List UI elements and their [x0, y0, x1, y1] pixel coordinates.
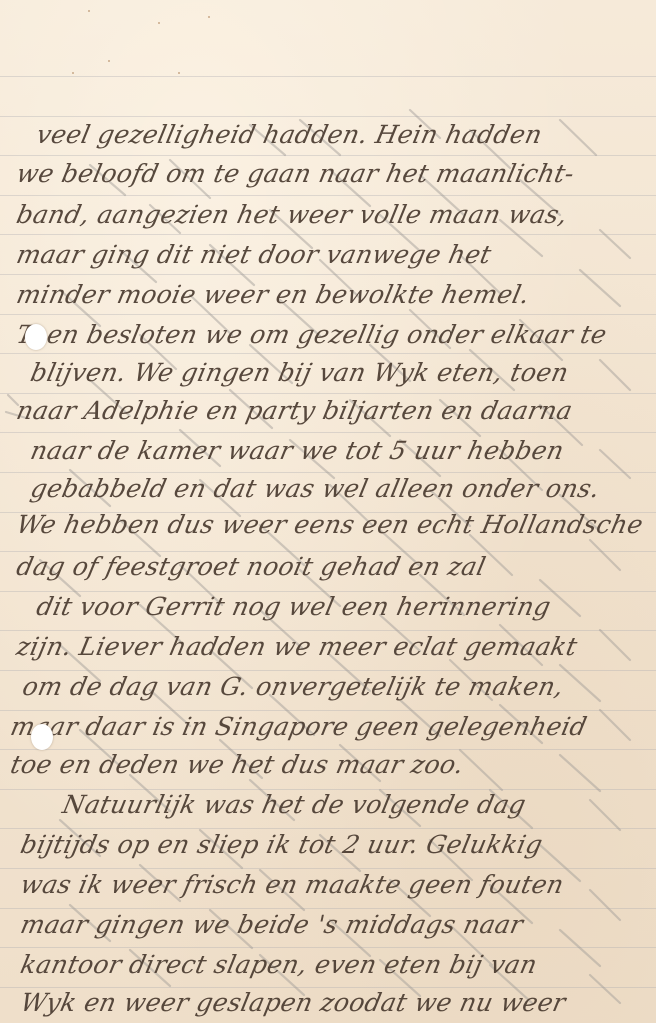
text-line: we beloofd om te gaan naar het maanlicht…: [14, 159, 577, 188]
text-line: dit voor Gerrit nog wel een herinnering: [34, 592, 553, 621]
ruling-line: [0, 393, 656, 394]
paper-speck: [88, 10, 90, 12]
ruling-line: [0, 116, 656, 117]
text-line: naar Adelphie en party biljarten en daar…: [14, 396, 575, 425]
ruling-line: [0, 947, 656, 948]
text-line: band, aangezien het weer volle maan was,: [14, 200, 570, 229]
text-line: veel gezelligheid hadden. Hein hadden: [34, 120, 545, 149]
text-line: minder mooie weer en bewolkte hemel.: [14, 280, 532, 309]
ruling-line: [0, 274, 656, 275]
letter-page: veel gezelligheid hadden. Hein haddenwe …: [0, 0, 656, 1023]
text-line: Toen besloten we om gezellig onder elkaa…: [14, 320, 609, 349]
text-line: maar gingen we beide 's middags naar: [18, 910, 526, 939]
ruling-line: [0, 908, 656, 909]
ruling-line: [0, 432, 656, 433]
text-line: toe en deden we het dus maar zoo.: [8, 750, 467, 779]
text-line: gebabbeld en dat was wel alleen onder on…: [28, 474, 602, 503]
text-line: kantoor direct slapen, even eten bij van: [18, 950, 540, 979]
ruling-line: [0, 868, 656, 869]
ruling-line: [0, 314, 656, 315]
ruling-line: [0, 670, 656, 671]
ruling-line: [0, 472, 656, 473]
ruling-line: [0, 195, 656, 196]
text-line: maar daar is in Singapore geen gelegenhe…: [8, 712, 590, 741]
text-line: maar ging dit niet door vanwege het: [14, 240, 494, 269]
text-line: blijven. We gingen bij van Wyk eten, toe…: [28, 358, 571, 387]
text-line: We hebben dus weer eens een echt Holland…: [14, 510, 646, 539]
ruling-line: [0, 828, 656, 829]
punch-hole: [25, 324, 47, 350]
paper-speck: [208, 16, 210, 18]
ruling-line: [0, 234, 656, 235]
ruling-line: [0, 155, 656, 156]
text-line: was ik weer frisch en maakte geen fouten: [18, 870, 567, 899]
text-line: Natuurlijk was het de volgende dag: [60, 790, 529, 819]
ruling-line: [0, 630, 656, 631]
text-line: bijtijds op en sliep ik tot 2 uur. Geluk…: [18, 830, 545, 859]
text-line: om de dag van G. onvergetelijk te maken,: [20, 672, 566, 701]
ruling-line: [0, 76, 656, 77]
text-line: zijn. Liever hadden we meer eclat gemaak…: [14, 632, 580, 661]
text-line: Wyk en weer geslapen zoodat we nu weer: [18, 988, 568, 1017]
ruling-line: [0, 353, 656, 354]
paper-speck: [178, 72, 180, 74]
text-line: dag of feestgroet nooit gehad en zal: [14, 552, 488, 581]
paper-speck: [108, 60, 110, 62]
paper-speck: [72, 72, 74, 74]
paper-speck: [158, 22, 160, 24]
punch-hole: [31, 724, 53, 750]
text-line: naar de kamer waar we tot 5 uur hebben: [28, 436, 567, 465]
ruling-line: [0, 710, 656, 711]
